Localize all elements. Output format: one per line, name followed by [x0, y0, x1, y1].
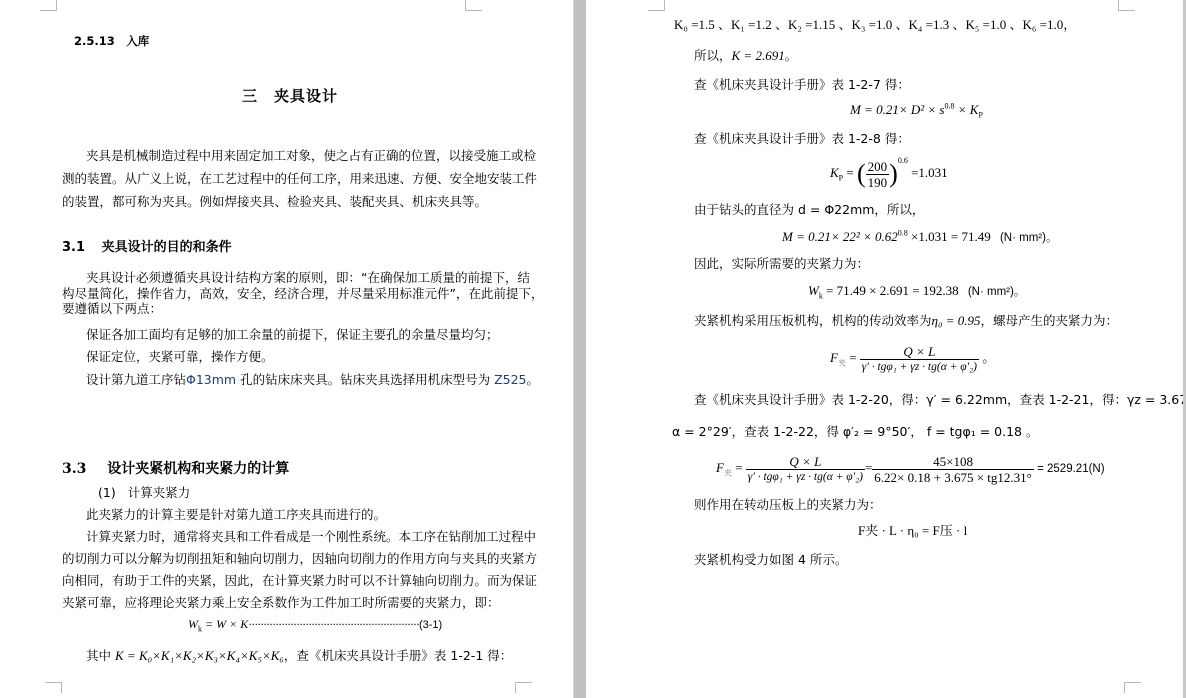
point-2: 保证定位，夹紧可靠，操作方便。 [86, 349, 274, 365]
kp-fraction: 200190 [866, 159, 890, 190]
formula-wk: W [188, 617, 198, 631]
k-values-line: K₀ =1.5 、K₁ =1.2 、K₂ =1.15 、K₃ =1.0 、K₄ … [674, 17, 1076, 33]
calc-line-4: 向相同，有助于工件的夹紧，因此，在计算夹紧力时可以不计算轴向切削力。而为保证 [62, 573, 537, 589]
formula-m-main: M = 0.21× D² × s [850, 102, 945, 117]
figure-reference-line: 夹紧机构受力如图 4 所示。 [694, 552, 847, 568]
k-line-suffix: ，查《机床夹具设计手册》表 1-2-1 得： [284, 648, 512, 663]
crop-mark-top-right [1118, 0, 1135, 11]
formula-balance: F夹 · L · η₀ = F压 · l [858, 523, 967, 539]
f-calc-denominator: γ′ · tgφ₁ + γz · tg(α + φ′₂) [746, 470, 865, 485]
wk-calc-rhs: = 71.49 × 2.691 = 192.38 [823, 283, 959, 298]
intro-line-2: 测的装置。从广义上说，在工艺过程中的任何工序，用来迅速、方便、安全地安装工件 [62, 171, 537, 187]
calc-line-5: 夹紧可靠，应将理论夹紧力乘上安全系数作为工件加工时所需要的夹紧力，即： [62, 595, 500, 611]
principle-line-2: 构尽量简化，操作省力，高效，安全，经济合理，并尽量采用标准元件”，在此前提下， [62, 286, 543, 302]
k-result-line: 所以，K = 2.691。 [694, 48, 797, 64]
document-page-right: K₀ =1.5 、K₁ =1.2 、K₂ =1.15 、K₃ =1.0 、K₄ … [586, 0, 1183, 698]
formula-m-calc-exp: 0.8 [898, 229, 908, 238]
point-1: 保证各加工面均有足够的加工余量的前提下，保证主要孔的余量尽量均匀； [86, 327, 499, 343]
formula-m-calc-tail: ×1.031 = 71.49 [908, 229, 991, 244]
lookup-1-2-8: 查《机床夹具设计手册》表 1-2-8 得： [694, 131, 910, 147]
document-page-left: 2.5.13 入库 三 夹具设计 夹具是机械制造过程中用来固定加工对象，使之占有… [0, 0, 573, 698]
wk-calc-lhs: W [808, 283, 819, 298]
f-denominator: γ′ · tgφ₁ + γz · tg(α + φ′₂) [860, 360, 979, 375]
crop-mark-bottom-left [45, 682, 62, 693]
crop-mark-bottom-right [1124, 682, 1141, 693]
f-numeric-denominator: 6.22× 0.18 + 3.675 × tg12.31° [872, 470, 1034, 485]
item-title: 计算夹紧力 [128, 485, 191, 500]
hole-diameter: Φ13mm [186, 372, 236, 387]
principle-line-3: 要遵循以下两点： [62, 301, 162, 317]
mechanism-suffix: ，螺母产生的夹紧力为： [981, 313, 1119, 328]
formula-number: (3-1) [419, 619, 442, 631]
paren-open: ( [857, 159, 866, 188]
subsection-heading: 2.5.13 入库 [74, 33, 149, 49]
k-line-prefix: 其中 [86, 648, 111, 663]
f-calc-result: = 2529.21(N) [1037, 463, 1104, 475]
f-fraction: Q × Lγ′ · tgφ₁ + γz · tg(α + φ′₂) [860, 344, 979, 375]
kp-numerator: 200 [866, 159, 890, 175]
paren-close: ) [889, 159, 898, 188]
section-3-1-heading: 3.1 夹具设计的目的和条件 [62, 240, 232, 256]
calc-line-3: 的切削力可以分解为切削扭矩和轴向切削力，因轴向切削力的作用方向与夹具的夹紧方 [62, 551, 537, 567]
mechanism-prefix: 夹紧机构采用压板机构，机构的传动效率为 [694, 313, 932, 328]
formula-rhs: = W × K [202, 617, 248, 631]
formula-f-calc: F夹 = Q × Lγ′ · tgφ₁ + γz · tg(α + φ′₂)=4… [716, 450, 1105, 486]
item-1-heading: (1) 计算夹紧力 [98, 485, 190, 501]
table-lookup-line-2: α = 2°29′，查表 1-2-22，得 φ′₂ = 9°50′， f = t… [672, 424, 1038, 440]
design-line-end: 。 [527, 372, 540, 387]
efficiency-eta: η₀ = 0.95 [932, 313, 981, 328]
section-title: 设计夹紧机构和夹紧力的计算 [107, 461, 289, 477]
mechanism-line: 夹紧机构采用压板机构，机构的传动效率为η₀ = 0.95，螺母产生的夹紧力为： [694, 313, 1118, 329]
calc-line-1: 此夹紧力的计算主要是针对第九道工序夹具而进行的。 [86, 507, 386, 523]
section-number: 3.3 [62, 461, 86, 477]
table-lookup-line-1: 查《机床夹具设计手册》表 1-2-20，得：γ′ = 6.22mm，查表 1-2… [694, 392, 1183, 408]
section-number: 3.1 [62, 240, 85, 255]
kp-sub: P [839, 174, 843, 183]
f-calc-sub: 夹 [724, 469, 732, 478]
formula-m-calc: M = 0.21× 22² × 0.620.8 ×1.031 = 71.49 (… [782, 229, 1057, 246]
crop-mark-top-left [40, 0, 57, 11]
chapter-title: 三 夹具设计 [242, 88, 338, 104]
k-line: 其中 K = K₀×K₁×K₂×K₃×K₄×K₅×K₆，查《机床夹具设计手册》表… [86, 648, 512, 664]
kp-lhs: K [830, 165, 839, 180]
unit-2: (N· mm²)。 [968, 286, 1025, 298]
drill-diameter-line: 由于钻头的直径为 d = Φ22mm，所以， [694, 202, 924, 218]
f-sub: 夹 [838, 359, 846, 368]
formula-m: M = 0.21× D² × s0.8 × KP [850, 102, 983, 118]
f-calc-fraction-numeric: 45×1086.22× 0.18 + 3.675 × tg12.31° [872, 454, 1034, 485]
formula-m-calc-main: M = 0.21× 22² × 0.62 [782, 229, 898, 244]
formula-m-tail: × K [955, 102, 979, 117]
therefore-line: 因此，实际所需要的夹紧力为： [694, 256, 869, 272]
formula-m-sub: P [978, 111, 982, 120]
k-result-end: 。 [785, 48, 798, 63]
formula-leader-dots: ········································… [248, 617, 419, 631]
formula-f-clamp: F夹 = Q × Lγ′ · tgφ₁ + γz · tg(α + φ′₂) 。 [830, 340, 995, 376]
f-lhs: F [830, 350, 838, 365]
f-numeric-numerator: 45×108 [872, 454, 1034, 470]
k-formula: K = K₀×K₁×K₂×K₃×K₄×K₅×K₆ [115, 648, 284, 663]
kp-result: =1.031 [911, 165, 948, 180]
formula-m-exp: 0.8 [945, 102, 955, 111]
lookup-1-2-7: 查《机床夹具设计手册》表 1-2-7 得： [694, 77, 910, 93]
design-line-mid: 孔的钻床床夹具。钻床夹具选择用机床型号为 [236, 372, 494, 387]
f-calc-numerator: Q × L [746, 454, 865, 470]
unit-1: (N· mm²)。 [1000, 232, 1057, 244]
k-result-prefix: 所以， [694, 48, 732, 63]
principle-line-1: 夹具设计必须遵循夹具设计结构方案的原则，即：“在确保加工质量的前提下，结 [86, 270, 530, 286]
section-3-3-heading: 3.3 设计夹紧机构和夹紧力的计算 [62, 461, 289, 477]
crop-mark-bottom-right [515, 682, 532, 693]
machine-model: Z525 [494, 372, 526, 387]
crop-mark-top-left [648, 0, 665, 11]
calc-line-2: 计算夹紧力时，通常将夹具和工件看成是一个刚性系统。本工序在钻削加工过程中 [86, 529, 536, 545]
applied-force-line: 则作用在转动压板上的夹紧力为： [694, 497, 882, 513]
f-calc-lhs: F [716, 460, 724, 475]
design-line: 设计第九道工序钻Φ13mm 孔的钻床床夹具。钻床夹具选择用机床型号为 Z525。 [86, 372, 539, 388]
f-calc-fraction-symbolic: Q × Lγ′ · tgφ₁ + γz · tg(α + φ′₂) [746, 454, 865, 485]
formula-wk-calc: Wk = 71.49 × 2.691 = 192.38 (N· mm²)。 [808, 283, 1025, 300]
item-label: (1) [98, 485, 116, 500]
formula-3-1: Wk = W × K······························… [188, 616, 442, 633]
crop-mark-top-right [465, 0, 482, 11]
k-result: K = 2.691 [732, 48, 785, 63]
page-gap [573, 0, 586, 698]
f-end: 。 [982, 350, 995, 365]
f-numerator: Q × L [860, 344, 979, 360]
kp-exp: 0.6 [898, 156, 908, 165]
section-title: 夹具设计的目的和条件 [102, 240, 232, 255]
intro-line-3: 的装置，都可称为夹具。例如焊接夹具、检验夹具、装配夹具、机床夹具等。 [62, 194, 487, 210]
kp-denominator: 190 [866, 175, 890, 190]
intro-line-1: 夹具是机械制造过程中用来固定加工对象，使之占有正确的位置，以接受施工或检 [86, 148, 536, 164]
formula-kp: KP = (200190)0.6 =1.031 [830, 155, 948, 191]
design-line-prefix: 设计第九道工序钻 [86, 372, 186, 387]
